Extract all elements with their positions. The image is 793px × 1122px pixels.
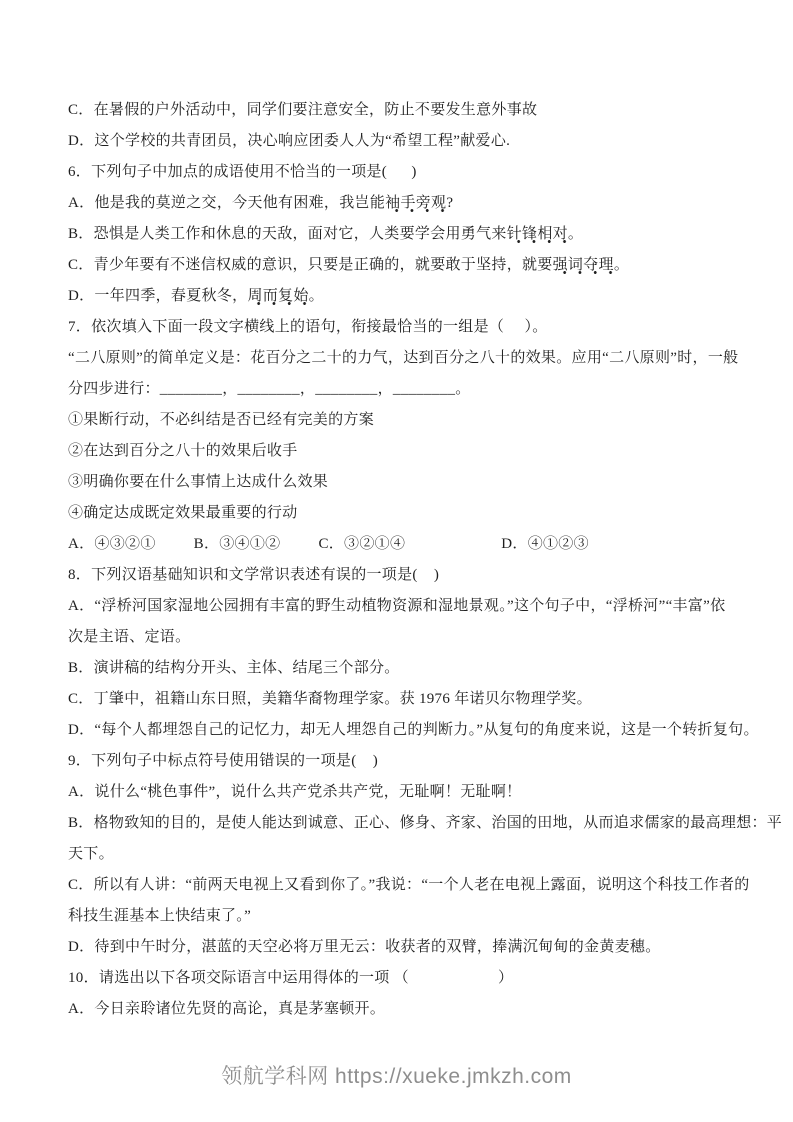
question-6-option-a: A．他是我的莫逆之交，今天他有困难，我岂能袖手旁观? <box>68 188 758 219</box>
question-9-option-c-line-1: C．所以有人讲：“前两天电视上又看到你了。”我说：“一个人老在电视上露面，说明这… <box>68 870 758 901</box>
question-7-passage-line-2: 分四步进行：________，________，________，_______… <box>68 374 758 405</box>
question-6-stem: 6．下列句子中加点的成语使用不恰当的一项是( ) <box>68 157 758 188</box>
choice-option: C．③②①④ <box>318 529 405 560</box>
emphasized-idiom: 周而复始 <box>247 288 308 306</box>
text-segment: 。 <box>568 226 583 242</box>
choice-option: D．④①②③ <box>501 529 589 560</box>
question-10-stem: 10．请选出以下各项交际语言中运用得体的一项 （ ） <box>68 963 758 994</box>
question-10-option-a: A．今日亲聆诸位先贤的高论，真是茅塞顿开。 <box>68 994 758 1025</box>
question-6-option-c: C．青少年要有不迷信权威的意识，只要是正确的，就要敢于坚持，就要强词夺理。 <box>68 250 758 281</box>
question-9-option-c-line-2: 科技生涯基本上快结束了。” <box>68 901 758 932</box>
emphasized-idiom: 针锋相对 <box>507 226 568 244</box>
question-6-option-d: D．一年四季，春夏秋冬，周而复始。 <box>68 281 758 312</box>
question-9-option-b-line-2: 天下。 <box>68 839 758 870</box>
document-page: C．在暑假的户外活动中，同学们要注意安全，防止不要发生意外事故D．这个学校的共青… <box>0 0 793 1122</box>
watermark-footer: 领航学科网 https://xueke.jmkzh.com <box>0 1060 793 1090</box>
question-9-stem: 9．下列句子中标点符号使用错误的一项是( ) <box>68 746 758 777</box>
question-7-stem: 7．依次填入下面一段文字横线上的语句，衔接最恰当的一组是（ ）。 <box>68 312 758 343</box>
text-segment: 。 <box>309 288 324 304</box>
choice-option: A．④③②① <box>68 529 156 560</box>
text-segment: C．青少年要有不迷信权威的意识，只要是正确的，就要敢于坚持，就要 <box>68 257 553 273</box>
text-segment: ? <box>446 195 453 211</box>
question-8-option-b: B．演讲稿的结构分开头、主体、结尾三个部分。 <box>68 653 758 684</box>
text-segment: B．恐惧是人类工作和休息的天敌，面对它，人类要学会用勇气来 <box>68 226 507 242</box>
exam-text: C．在暑假的户外活动中，同学们要注意安全，防止不要发生意外事故D．这个学校的共青… <box>68 95 758 1025</box>
emphasized-idiom: 袖手旁观 <box>385 195 446 213</box>
question-9-option-d: D．待到中午时分，湛蓝的天空必将万里无云：收获者的双臂，捧满沉甸甸的金黄麦穗。 <box>68 932 758 963</box>
question-7-sentence-1: ①果断行动，不必纠结是否已经有完美的方案 <box>68 405 758 436</box>
question-9-option-a: A．说什么“桃色事件”，说什么共产党杀共产党，无耻啊！无耻啊！ <box>68 777 758 808</box>
question-9-option-b-line-1: B．格物致知的目的，是使人能达到诚意、正心、修身、齐家、治国的田地，从而追求儒家… <box>68 808 758 839</box>
prev-question-option-d: D．这个学校的共青团员，决心响应团委人人为“希望工程”献爱心. <box>68 126 758 157</box>
question-7-sentence-3: ③明确你要在什么事情上达成什么效果 <box>68 467 758 498</box>
question-8-option-a-line-1: A．“浮桥河国家湿地公园拥有丰富的野生动植物资源和湿地景观。”这个句子中，“浮桥… <box>68 591 758 622</box>
prev-question-option-c: C．在暑假的户外活动中，同学们要注意安全，防止不要发生意外事故 <box>68 95 758 126</box>
text-segment: D．一年四季，春夏秋冬， <box>68 288 247 304</box>
question-7-sentence-4: ④确定达成既定效果最重要的行动 <box>68 498 758 529</box>
watermark-text: 领航学科网 https://xueke.jmkzh.com <box>221 1065 572 1088</box>
question-8-option-a-line-2: 次是主语、定语。 <box>68 622 758 653</box>
question-7-passage-line-1: “二八原则”的简单定义是：花百分之二十的力气，达到百分之八十的效果。应用“二八原… <box>68 343 758 374</box>
question-8-option-c: C．丁肇中，祖籍山东日照，美籍华裔物理学家。获 1976 年诺贝尔物理学奖。 <box>68 684 758 715</box>
text-segment: A．他是我的莫逆之交，今天他有困难，我岂能 <box>68 195 385 211</box>
question-8-stem: 8．下列汉语基础知识和文学常识表述有误的一项是( ) <box>68 560 758 591</box>
choice-option: B．③④①② <box>194 529 281 560</box>
question-7-choices: A．④③②①B．③④①②C．③②①④D．④①②③ <box>68 529 758 560</box>
emphasized-idiom: 强词夺理 <box>553 257 614 275</box>
question-7-sentence-2: ②在达到百分之八十的效果后收手 <box>68 436 758 467</box>
text-segment: 。 <box>614 257 629 273</box>
question-8-option-d: D．“每个人都埋怨自己的记忆力，却无人埋怨自己的判断力。”从复句的角度来说，这是… <box>68 715 758 746</box>
question-6-option-b: B．恐惧是人类工作和休息的天敌，面对它，人类要学会用勇气来针锋相对。 <box>68 219 758 250</box>
